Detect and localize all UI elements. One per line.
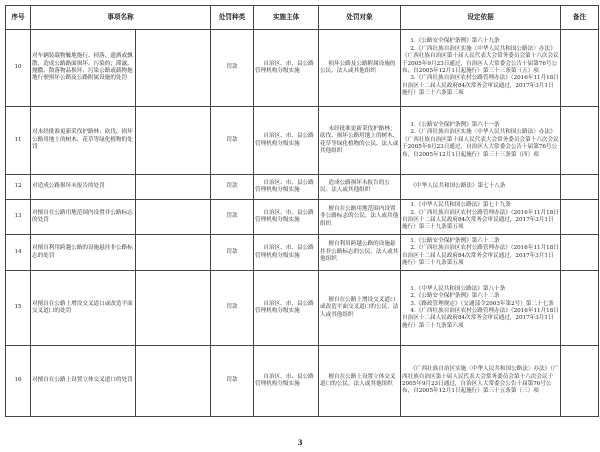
blank-cell (136, 346, 211, 417)
penalty-type-cell: 罚款 (211, 271, 254, 346)
blank-cell (136, 271, 211, 346)
remarks-cell (561, 346, 599, 417)
table-row: 10对车辆装载物触地拖行、掉落、遗洒或飘散，造成公路路面损坏、污染的；滞露、抛撒… (6, 30, 599, 107)
item-name-cell: 对造成公路损坏未报告的处罚 (31, 175, 136, 200)
blank-cell (136, 235, 211, 271)
header-seq: 序号 (6, 6, 31, 30)
executor-cell: 自治区、市、县公路管理机构分级实施 (254, 271, 319, 346)
table-row: 16对擅自在公路上设置立体交叉道口的处罚罚款自治区、市、县公路管理机构分级实施擅… (6, 346, 599, 417)
executor-cell: 自治区、市、县公路管理机构分级实施 (254, 107, 319, 175)
legal-basis-line: 4.《广西壮族自治区农村公路管理办法》（2016年11月18日自治区十二届人民政… (402, 308, 559, 330)
executor-cell: 自治区、市、县公路管理机构分级实施 (254, 235, 319, 271)
item-name-cell: 对车辆装载物触地拖行、掉落、遗洒或飘散，造成公路路面损坏、污染的；滞露、抛撒、散… (31, 30, 136, 107)
table-row: 13对擅自在公路用地范围内设置非公路标志的处罚罚款自治区、市、县公路管理机构分级… (6, 200, 599, 235)
executor-cell: 自治区、市、县公路管理机构分级实施 (254, 346, 319, 417)
target-cell: 擅自利用跨越公路的设施悬挂非公路标志的公民、法人或其他组织 (319, 235, 401, 271)
item-name-cell: 对擅自在公路用地范围内设置非公路标志的处罚 (31, 200, 136, 235)
item-name-cell: 对擅自利用跨越公路的设施悬挂非公路标志的处罚 (31, 235, 136, 271)
remarks-cell (561, 200, 599, 235)
blank-cell (136, 175, 211, 200)
legal-basis-line: 2.《公路安全保护条例》第六十二条 (402, 293, 559, 300)
table-row: 14对擅自利用跨越公路的设施悬挂非公路标志的处罚罚款自治区、市、县公路管理机构分… (6, 235, 599, 271)
seq-cell: 10 (6, 30, 31, 107)
legal-basis-cell: 1.《中华人民共和国公路法》第七十九条2.《广西壮族自治区农村公路管理办法》（2… (401, 200, 561, 235)
legal-basis-line: 2.《广西壮族自治区实施〈中华人民共和国公路法〉办法》（广西壮族自治区第十届人民… (402, 129, 559, 159)
seq-cell: 11 (6, 107, 31, 175)
table-header-row: 序号事项名称处罚种类实施主体处罚对象设定依据备注 (6, 6, 599, 30)
header-remarks: 备注 (561, 6, 599, 30)
remarks-cell (561, 235, 599, 271)
target-cell: 造成公路损坏未报告的公民、法人或其他组织 (319, 175, 401, 200)
table-row: 12对造成公路损坏未报告的处罚罚款自治区、市、县公路管理机构分级实施造成公路损坏… (6, 175, 599, 200)
penalty-type-cell: 罚款 (211, 346, 254, 417)
target-cell: 擅自在公路用地范围内设置非公路标志的公民、法人或其他组织 (319, 200, 401, 235)
legal-basis-line: 2.《广西壮族自治区农村公路管理办法》（2016年11月18日自治区十二届人民政… (402, 210, 559, 232)
executor-cell: 自治区、市、县公路管理机构分级实施 (254, 30, 319, 107)
item-name-cell: 对擅自在公路上增设交叉道口或改造平面交叉道口的处罚 (31, 271, 136, 346)
blank-cell (136, 30, 211, 107)
legal-basis-cell: 1.《公路安全保护条例》第六十二条2.《广西壮族自治区农村公路管理办法》（201… (401, 235, 561, 271)
item-name-cell: 对未经批准更新采伐护路林；砍伐、损坏公路用地上的树木、花草等绿化植物的处罚 (31, 107, 136, 175)
legal-basis-line: 1.《公路安全保护条例》第六十九条 (402, 38, 559, 45)
table-row: 15对擅自在公路上增设交叉道口或改造平面交叉道口的处罚罚款自治区、市、县公路管理… (6, 271, 599, 346)
header-penalty-type: 处罚种类 (211, 6, 254, 30)
seq-cell: 12 (6, 175, 31, 200)
executor-cell: 自治区、市、县公路管理机构分级实施 (254, 175, 319, 200)
legal-basis-line: 2.《广西壮族自治区实施〈中华人民共和国公路法〉办法》（广西壮族自治区第十届人民… (402, 46, 559, 76)
remarks-cell (561, 107, 599, 175)
page-number: 3 (0, 438, 600, 447)
blank-cell (136, 200, 211, 235)
penalty-type-cell: 罚款 (211, 107, 254, 175)
seq-cell: 14 (6, 235, 31, 271)
item-name-cell: 对擅自在公路上设置立体交叉道口的处罚 (31, 346, 136, 417)
legal-basis-line: 2.《广西壮族自治区农村公路管理办法》（2016年11月18日自治区十二届人民政… (402, 245, 559, 267)
penalty-type-cell: 罚款 (211, 235, 254, 271)
target-cell: 损坏公路及公路附属设施的公民、法人或其他组织 (319, 30, 401, 107)
remarks-cell (561, 30, 599, 107)
legal-basis-line: 1.《中华人民共和国公路法》第七十九条 (402, 202, 559, 209)
penalty-type-cell: 罚款 (211, 175, 254, 200)
header-executor: 实施主体 (254, 6, 319, 30)
remarks-cell (561, 175, 599, 200)
penalty-type-cell: 罚款 (211, 30, 254, 107)
penalty-items-table: 序号事项名称处罚种类实施主体处罚对象设定依据备注 10对车辆装载物触地拖行、掉落… (5, 5, 599, 417)
seq-cell: 15 (6, 271, 31, 346)
legal-basis-line: 3.《路政管理规定》（交通部令2003年第2号）第二十七条 (402, 301, 559, 308)
legal-basis-cell: 《广西壮族自治区实施〈中华人民共和国公路法〉办法》（广西壮族自治区第十届人民代表… (401, 346, 561, 417)
header-legal-basis: 设定依据 (401, 6, 561, 30)
legal-basis-line: 《广西壮族自治区实施〈中华人民共和国公路法〉办法》（广西壮族自治区第十届人民代表… (402, 366, 559, 396)
table-row: 11对未经批准更新采伐护路林；砍伐、损坏公路用地上的树木、花草等绿化植物的处罚罚… (6, 107, 599, 175)
legal-basis-cell: 《中华人民共和国公路法》第七十八条 (401, 175, 561, 200)
seq-cell: 16 (6, 346, 31, 417)
legal-basis-cell: 1.《中华人民共和国公路法》第八十条2.《公路安全保护条例》第六十二条3.《路政… (401, 271, 561, 346)
legal-basis-line: 1.《公路安全保护条例》第六十二条 (402, 238, 559, 245)
executor-cell: 自治区、市、县公路管理机构分级实施 (254, 200, 319, 235)
legal-basis-line: 3.《广西壮族自治区农村公路管理办法》（2016年11月18日自治区十二届人民政… (402, 75, 559, 97)
seq-cell: 13 (6, 200, 31, 235)
header-target: 处罚对象 (319, 6, 401, 30)
legal-basis-line: 《中华人民共和国公路法》第七十八条 (402, 183, 559, 190)
header-item-name: 事项名称 (31, 6, 211, 30)
target-cell: 未经批准更新采伐护路林；砍伐、损坏公路用地上的树木、花草等绿化植物的公民、法人或… (319, 107, 401, 175)
legal-basis-cell: 1.《公路安全保护条例》第六十一条2.《广西壮族自治区实施〈中华人民共和国公路法… (401, 107, 561, 175)
legal-basis-cell: 1.《公路安全保护条例》第六十九条2.《广西壮族自治区实施〈中华人民共和国公路法… (401, 30, 561, 107)
target-cell: 擅自在公路上增设交叉道口或改造平面交叉道口的公民、法人或其他组织 (319, 271, 401, 346)
remarks-cell (561, 271, 599, 346)
blank-cell (136, 107, 211, 175)
target-cell: 擅自在公路上设置立体交叉道口的公民、法人或其他组织 (319, 346, 401, 417)
penalty-type-cell: 罚款 (211, 200, 254, 235)
